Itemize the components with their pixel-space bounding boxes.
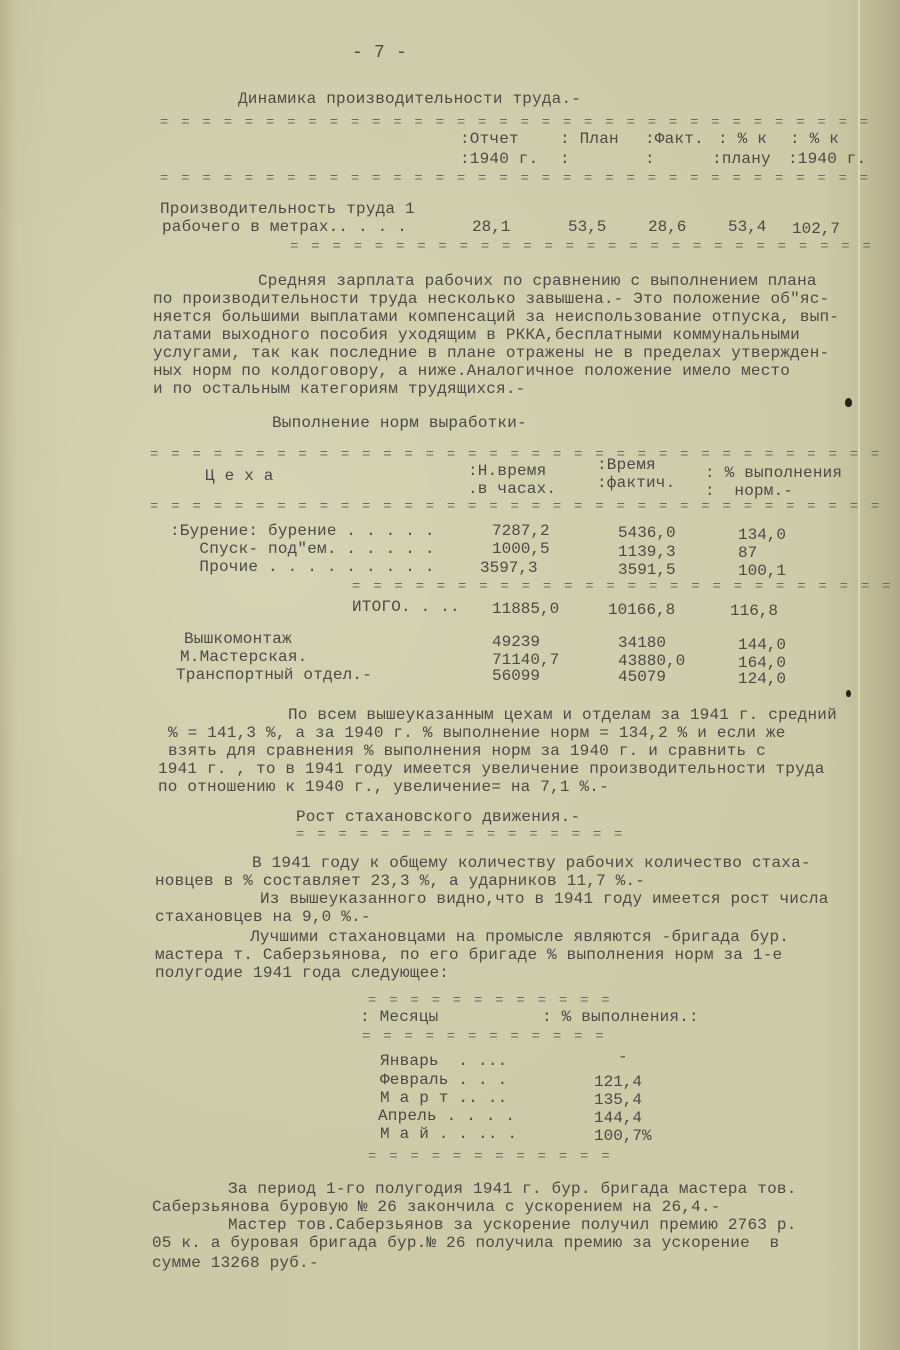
row-label: Спуск- под"ем. . . . . . bbox=[170, 540, 435, 558]
col-header-actual-time-line2: :фактич. bbox=[597, 474, 675, 492]
row-label-line1: Производительность труда 1 bbox=[160, 200, 415, 218]
col-header-plan-line2: : bbox=[560, 150, 570, 168]
section-title-stakhanov: Рост стахановского движения.- bbox=[296, 808, 580, 826]
text-line: сумме 13268 руб.- bbox=[152, 1254, 319, 1272]
norm-time: 7287,2 bbox=[492, 522, 550, 540]
actual-time: 45079 bbox=[618, 668, 666, 686]
col-header-actual-time: :Время bbox=[597, 456, 656, 474]
actual-time: 5436,0 bbox=[618, 524, 676, 542]
pct-fulfillment: 100,1 bbox=[738, 562, 786, 580]
col-header-report-1940-line2: :1940 г. bbox=[460, 150, 538, 168]
text-line: няется большими выплатами компенсаций за… bbox=[153, 308, 839, 326]
col-header-report-1940: :Отчет bbox=[460, 130, 519, 148]
col-header-pct-fulfillment: : % выполнения bbox=[705, 464, 842, 482]
separator: = = = = = = = = = = = = = = = = = = = = … bbox=[150, 500, 890, 514]
actual-time: 34180 bbox=[618, 634, 666, 652]
col-header-pct-plan: : % к bbox=[718, 130, 767, 148]
text-line: по производительности труда несколько за… bbox=[153, 290, 829, 308]
text-line: Мастер тов.Саберзьянов за ускорение полу… bbox=[228, 1216, 797, 1234]
text-line: новцев в % составляет 23,3 %, а ударнико… bbox=[155, 872, 645, 890]
text-line: латами выходного пособия уходящим в РККА… bbox=[153, 326, 800, 344]
text-line: За период 1-го полугодия 1941 г. бур. бр… bbox=[228, 1180, 797, 1198]
separator: = = = = = = = = = = = = = = = = = = = = … bbox=[362, 1030, 617, 1044]
col-header-departments: Ц е х а bbox=[205, 467, 274, 485]
text-line: Из вышеуказанного видно,что в 1941 году … bbox=[260, 890, 829, 908]
value-fact: 28,6 bbox=[648, 218, 686, 236]
paper-fold bbox=[858, 0, 860, 1350]
value-plan: 53,5 bbox=[568, 218, 606, 236]
text-line: полугодие 1941 года следующее: bbox=[155, 964, 449, 982]
norm-time: 49239 bbox=[492, 633, 540, 651]
pct-fulfillment: 134,0 bbox=[738, 526, 786, 544]
total-norm-time: 11885,0 bbox=[492, 600, 559, 618]
month-pct: 144,4 bbox=[594, 1109, 642, 1127]
month-pct: 135,4 bbox=[594, 1091, 642, 1109]
total-actual-time: 10166,8 bbox=[608, 601, 675, 619]
text-line: По всем вышеуказанным цехам и отделам за… bbox=[288, 706, 837, 724]
col-header-norm-time-line2: .в часах. bbox=[468, 480, 556, 498]
col-header-pct-1940: : % к bbox=[790, 130, 839, 148]
section-title-labor-productivity: Динамика производительности труда.- bbox=[238, 90, 581, 108]
month-pct: - bbox=[618, 1048, 628, 1066]
text-line: и по остальным категориям трудящихся.- bbox=[153, 380, 525, 398]
col-header-pct-1940-line2: :1940 г. bbox=[788, 150, 866, 168]
month-label: Февраль . . . bbox=[380, 1071, 507, 1089]
value-pct-1940: 102,7 bbox=[792, 220, 840, 238]
month-label: М а р т .. .. bbox=[380, 1089, 507, 1107]
row-label: :Бурение: бурение . . . . . bbox=[170, 522, 435, 540]
col-header-pct-plan-line2: :плану bbox=[712, 150, 771, 168]
month-pct: 100,7% bbox=[594, 1127, 652, 1145]
separator: = = = = = = = = = = = = = = = = = = = = … bbox=[160, 116, 880, 130]
row-label: Прочие . . . . . . . . . bbox=[170, 558, 435, 576]
page-number: - 7 - bbox=[352, 44, 407, 62]
text-line: по отношению к 1940 г., увеличение= на 7… bbox=[158, 778, 609, 796]
separator: = = = = = = = = = = = = = = = = = = = = … bbox=[290, 240, 880, 254]
pct-fulfillment: 87 bbox=[738, 544, 757, 562]
separator: = = = = = = = = = = = = = = = = = = = = … bbox=[296, 828, 626, 842]
col-header-pct-fulfillment-line2: : норм.- bbox=[705, 482, 793, 500]
month-label: М а й . . .. . bbox=[380, 1125, 517, 1143]
text-line: Средняя зарплата рабочих по сравнению с … bbox=[258, 272, 817, 290]
col-header-fact-line2: : bbox=[645, 150, 655, 168]
row-label: Вышкомонтаж bbox=[184, 630, 292, 648]
text-line: % = 141,3 %, а за 1940 г. % выполнение н… bbox=[168, 724, 786, 742]
col-header-fact: :Факт. bbox=[645, 130, 704, 148]
row-label: М.Мастерская. bbox=[180, 648, 307, 666]
ink-blot bbox=[845, 398, 852, 407]
text-line: ных норм по колдоговору, а ниже.Аналогич… bbox=[153, 362, 790, 380]
separator: = = = = = = = = = = = = = = = = = = = = … bbox=[160, 172, 880, 186]
norm-time: 1000,5 bbox=[492, 540, 550, 558]
total-pct: 116,8 bbox=[730, 602, 778, 620]
text-line: 05 к. а буровая бригада бур.№ 26 получил… bbox=[152, 1234, 779, 1252]
actual-time: 3591,5 bbox=[618, 561, 676, 579]
document-page: - 7 - Динамика производительности труда.… bbox=[0, 0, 900, 1350]
row-label: Транспортный отдел.- bbox=[176, 666, 372, 684]
value-pct-plan: 53,4 bbox=[728, 218, 766, 236]
month-pct: 121,4 bbox=[594, 1073, 642, 1091]
text-line: Лучшими стахановцами на промысле являютс… bbox=[250, 928, 789, 946]
text-line: взять для сравнения % выполнения норм за… bbox=[168, 742, 766, 760]
total-label: ИТОГО. . .. bbox=[352, 598, 460, 616]
row-label-line2: рабочего в метрах.. . . . bbox=[162, 218, 407, 236]
col-header-months: : Месяцы bbox=[360, 1008, 438, 1026]
text-line: 1941 г. , то в 1941 году имеется увеличе… bbox=[158, 760, 825, 778]
norm-time: 3597,3 bbox=[480, 559, 538, 577]
text-line: мастера т. Саберзьянова, по его бригаде … bbox=[155, 946, 782, 964]
actual-time: 1139,3 bbox=[618, 543, 676, 561]
separator: = = = = = = = = = = = = = = = = = = = = … bbox=[368, 1150, 618, 1164]
col-header-plan: : План bbox=[560, 130, 619, 148]
col-header-norm-time: :Н.время bbox=[468, 462, 546, 480]
text-line: услугами, так как последние в плане отра… bbox=[153, 344, 829, 362]
separator: = = = = = = = = = = = = = = = = = = = = … bbox=[352, 580, 897, 594]
text-line: Саберзьянова буровую № 26 закончила с ус… bbox=[152, 1198, 721, 1216]
ink-blot bbox=[846, 690, 851, 697]
col-header-pct: : % выполнения.: bbox=[542, 1008, 699, 1026]
pct-fulfillment: 144,0 bbox=[738, 636, 786, 654]
section-title-norms: Выполнение норм выработки- bbox=[272, 414, 527, 432]
value-report-1940: 28,1 bbox=[472, 218, 510, 236]
separator: = = = = = = = = = = = = = = = = = = = = … bbox=[368, 994, 613, 1008]
separator: = = = = = = = = = = = = = = = = = = = = … bbox=[150, 448, 890, 462]
month-label: Январь . ... bbox=[380, 1052, 507, 1070]
text-line: В 1941 году к общему количеству рабочих … bbox=[252, 854, 811, 872]
month-label: Апрель . . . . bbox=[378, 1107, 515, 1125]
pct-fulfillment: 124,0 bbox=[738, 670, 786, 688]
norm-time: 56099 bbox=[492, 667, 540, 685]
text-line: стахановцев на 9,0 %.- bbox=[155, 908, 371, 926]
